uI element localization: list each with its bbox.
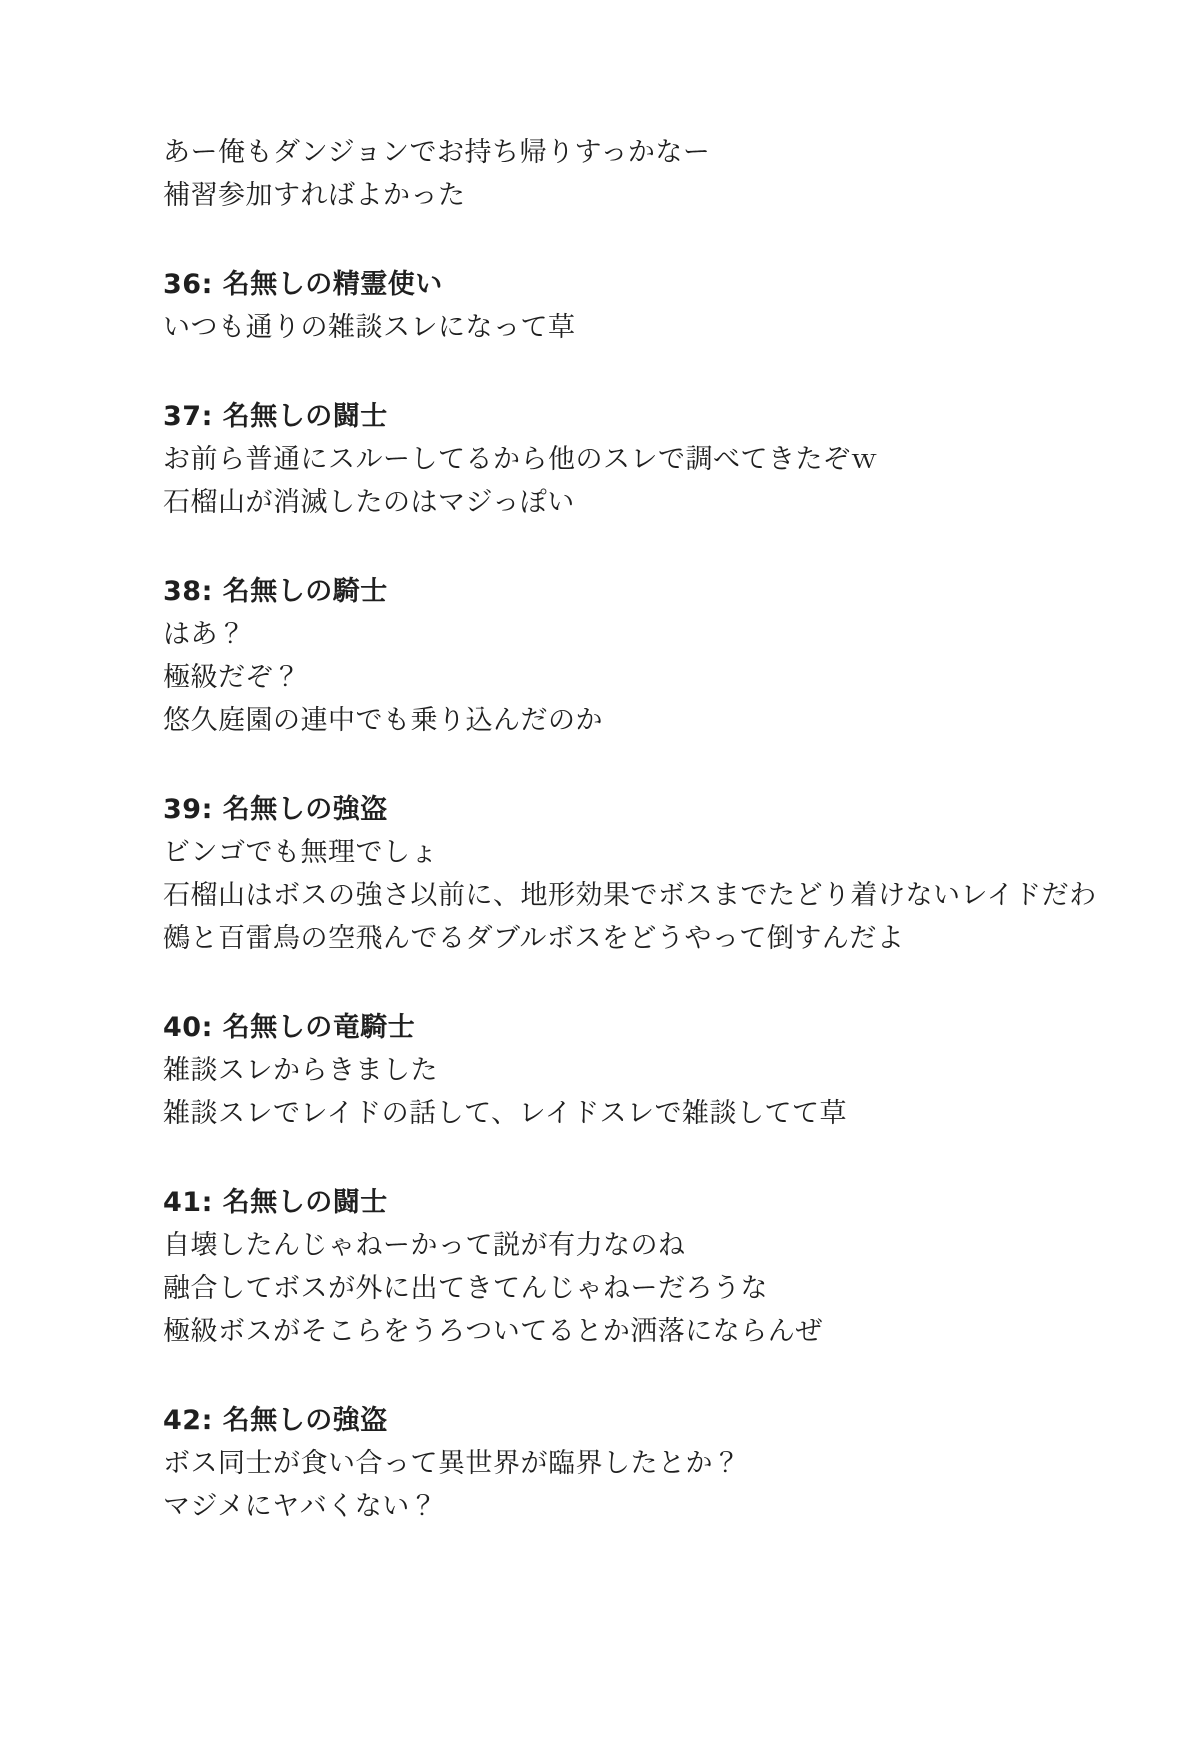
post-41: 41: 名無しの闘士 自壊したんじゃねーかって説が有力なのね 融合してボスが外に… bbox=[163, 1181, 1102, 1353]
post-37: 37: 名無しの闘士 お前ら普通にスルーしてるから他のスレで調べてきたぞｗ 石榴… bbox=[163, 395, 1102, 524]
post-line: 極級だぞ？ bbox=[163, 656, 1102, 699]
post-header: 37: 名無しの闘士 bbox=[163, 395, 1102, 438]
post-line: 極級ボスがそこらをうろついてるとか洒落にならんぜ bbox=[163, 1310, 1102, 1353]
post-header: 41: 名無しの闘士 bbox=[163, 1181, 1102, 1224]
post-line: はあ？ bbox=[163, 613, 1102, 656]
document-page: あー俺もダンジョンでお持ち帰りすっかなー 補習参加すればよかった 36: 名無し… bbox=[0, 0, 1192, 1752]
post-line: 石榴山はボスの強さ以前に、地形効果でボスまでたどり着けないレイドだわ bbox=[163, 874, 1102, 917]
post-line: 自壊したんじゃねーかって説が有力なのね bbox=[163, 1224, 1102, 1267]
post-36: 36: 名無しの精霊使い いつも通りの雑談スレになって草 bbox=[163, 263, 1102, 349]
post-line: ビンゴでも無理でしょ bbox=[163, 831, 1102, 874]
post-line: 石榴山が消滅したのはマジっぽい bbox=[163, 481, 1102, 524]
post-38: 38: 名無しの騎士 はあ？ 極級だぞ？ 悠久庭園の連中でも乗り込んだのか bbox=[163, 570, 1102, 742]
post-line: 鵺と百雷鳥の空飛んでるダブルボスをどうやって倒すんだよ bbox=[163, 917, 1102, 960]
post-line: ボス同士が食い合って異世界が臨界したとか？ bbox=[163, 1442, 1102, 1485]
post-line: マジメにヤバくない？ bbox=[163, 1485, 1102, 1528]
post-line: 補習参加すればよかった bbox=[163, 174, 1102, 217]
post-line: 悠久庭園の連中でも乗り込んだのか bbox=[163, 699, 1102, 742]
post-header: 39: 名無しの強盗 bbox=[163, 788, 1102, 831]
post-line: 融合してボスが外に出てきてんじゃねーだろうな bbox=[163, 1267, 1102, 1310]
post-40: 40: 名無しの竜騎士 雑談スレからきました 雑談スレでレイドの話して、レイドス… bbox=[163, 1006, 1102, 1135]
post-line: 雑談スレでレイドの話して、レイドスレで雑談してて草 bbox=[163, 1092, 1102, 1135]
post-header: 36: 名無しの精霊使い bbox=[163, 263, 1102, 306]
post-header: 40: 名無しの竜騎士 bbox=[163, 1006, 1102, 1049]
post-line: いつも通りの雑談スレになって草 bbox=[163, 306, 1102, 349]
post-header: 38: 名無しの騎士 bbox=[163, 570, 1102, 613]
post-continuation: あー俺もダンジョンでお持ち帰りすっかなー 補習参加すればよかった bbox=[163, 131, 1102, 217]
post-header: 42: 名無しの強盗 bbox=[163, 1399, 1102, 1442]
post-39: 39: 名無しの強盗 ビンゴでも無理でしょ 石榴山はボスの強さ以前に、地形効果で… bbox=[163, 788, 1102, 960]
post-42: 42: 名無しの強盗 ボス同士が食い合って異世界が臨界したとか？ マジメにヤバく… bbox=[163, 1399, 1102, 1528]
post-line: 雑談スレからきました bbox=[163, 1049, 1102, 1092]
post-line: あー俺もダンジョンでお持ち帰りすっかなー bbox=[163, 131, 1102, 174]
post-line: お前ら普通にスルーしてるから他のスレで調べてきたぞｗ bbox=[163, 438, 1102, 481]
